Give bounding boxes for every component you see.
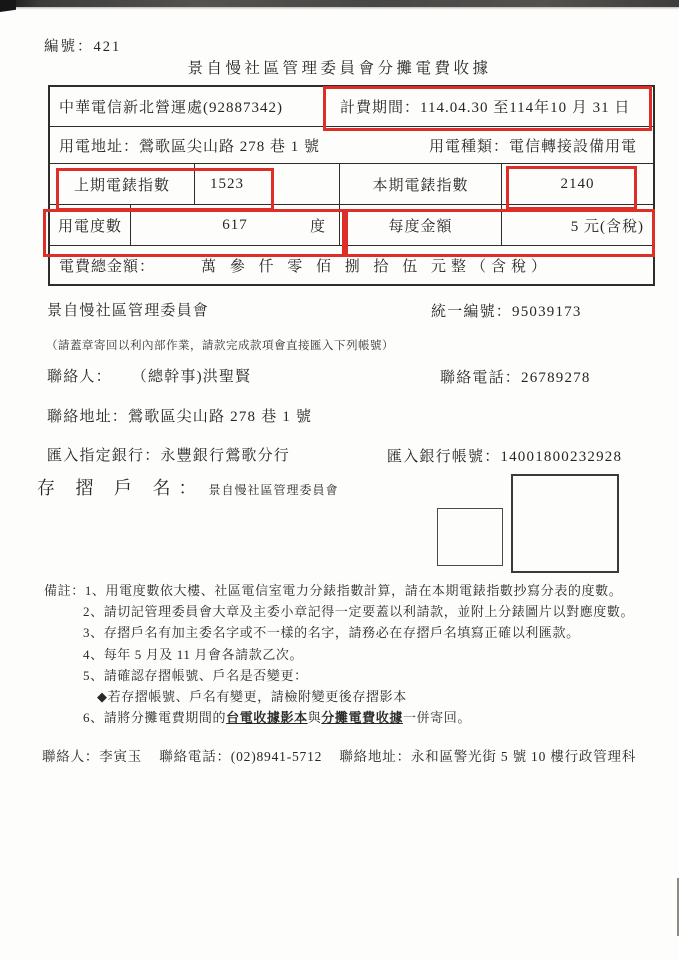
footer-contact: 聯絡人：李寅玉	[42, 749, 142, 764]
payee-name: 景自慢社區管理委員會	[47, 299, 209, 320]
note-item-6-suffix: 一併寄回。	[403, 710, 471, 725]
note-item-6-mid: 與	[308, 710, 322, 725]
stamp-box-small	[437, 508, 503, 566]
stamp-instruction-note: （請蓋章寄回以利內部作業，請款完成款項會直接匯入下列帳號）	[46, 337, 394, 353]
note-item-2: 2、請切記管理委員會大章及主委小章記得一定要蓋以利請款，並附上分錶圖片以對應度數…	[44, 601, 656, 622]
contact-address: 聯絡地址：鶯歌區尖山路 278 巷 1 號	[47, 405, 312, 426]
note-item-1: 1、用電度數依大樓、社區電信室電力分錶指數計算，請在本期電錶指數抄寫分表的度數。	[85, 583, 623, 598]
prev-meter-value: 1523	[194, 164, 339, 204]
notes-section: 備註：1、用電度數依大樓、社區電信室電力分錶指數計算，請在本期電錶指數抄寫分表的…	[44, 580, 656, 728]
total-amount-label: 電費總金額：	[59, 255, 155, 276]
contact-person-label: 聯絡人：	[47, 369, 112, 385]
bank-name: 匯入指定銀行：永豐銀行鶯歌分行	[47, 444, 290, 465]
note-item-5-sub: ◆若存摺帳號、戶名有變更，請檢附變更後存摺影本	[44, 686, 656, 707]
footer-address: 聯絡地址：永和區警光街 5 號 10 樓行政管理科	[339, 749, 636, 764]
scan-artifact-corner	[0, 0, 16, 12]
passbook-holder-label: 存 摺 戶 名：	[37, 478, 205, 498]
bank-account-number: 匯入銀行帳號：14001800232928	[387, 445, 622, 466]
contact-person-line: 聯絡人： （總幹事)洪聖賢	[47, 365, 251, 386]
note-item-5: 5、請確認存摺帳號、戶名是否變更：	[44, 665, 656, 686]
table-row-total: 電費總金額： 萬 參 仟 零 佰 捌 拾 伍 元整（含稅）	[50, 246, 653, 284]
rate-value: 5 元(含稅)	[501, 205, 653, 245]
note-item-4: 4、每年 5 月及 11 月會各請款乙次。	[44, 644, 656, 665]
footer-contact-line: 聯絡人：李寅玉 聯絡電話：(02)8941-5712 聯絡地址：永和區警光街 5…	[42, 745, 636, 765]
usage-value-cell: 617 度	[130, 205, 339, 245]
usage-label: 用電度數	[50, 205, 130, 245]
notes-label: 備註：	[44, 583, 85, 598]
service-address: 用電地址：鶯歌區尖山路 278 巷 1 號	[50, 127, 429, 163]
doc-number: 編號：421	[44, 35, 121, 56]
note-item-6: 6、請將分攤電費期間的台電收據影本與分攤電費收據一併寄回。	[44, 707, 656, 728]
footer-phone: 聯絡電話：(02)8941-5712	[159, 749, 322, 764]
table-row-usage-rate: 用電度數 617 度 每度金額 5 元(含稅)	[50, 205, 653, 246]
note-item-6-emphasis-1: 台電收據影本	[226, 710, 308, 725]
contact-phone: 聯絡電話：26789278	[440, 366, 591, 387]
usage-type: 用電種類：電信轉接設備用電	[429, 127, 653, 163]
usage-unit: 度	[310, 215, 326, 236]
note-item-1-line: 備註：1、用電度數依大樓、社區電信室電力分錶指數計算，請在本期電錶指數抄寫分表的…	[44, 580, 656, 601]
curr-meter-label: 本期電錶指數	[339, 164, 501, 204]
note-item-6-emphasis-2: 分攤電費收據	[321, 710, 403, 725]
scan-artifact-top-bar	[0, 0, 679, 7]
passbook-holder-value: 景自慢社區管理委員會	[209, 483, 339, 497]
table-row-provider: 中華電信新北營運處(92887342) 計費期間：114.04.30 至114年…	[50, 87, 653, 127]
prev-meter-label: 上期電錶指數	[50, 164, 194, 204]
tax-id: 統一編號：95039173	[431, 300, 582, 321]
note-item-3: 3、存摺戶名有加主委名字或不一樣的名字，請務必在存摺戶名填寫正確以利匯款。	[44, 622, 656, 643]
billing-period: 計費期間：114.04.30 至114年10 月 31 日	[327, 87, 653, 126]
table-row-address: 用電地址：鶯歌區尖山路 278 巷 1 號 用電種類：電信轉接設備用電	[50, 127, 653, 164]
table-row-meter-readings: 上期電錶指數 1523 本期電錶指數 2140	[50, 164, 653, 205]
provider-name: 中華電信新北營運處(92887342)	[50, 87, 327, 126]
contact-person-value: （總幹事)洪聖賢	[132, 369, 252, 385]
usage-value: 617	[222, 217, 248, 234]
passbook-holder-line: 存 摺 戶 名： 景自慢社區管理委員會	[37, 474, 339, 500]
stamp-box-large	[511, 474, 619, 573]
note-item-6-prefix: 6、請將分攤電費期間的	[83, 710, 226, 725]
total-amount-cell: 電費總金額： 萬 參 仟 零 佰 捌 拾 伍 元整（含稅）	[50, 246, 653, 284]
rate-label: 每度金額	[339, 205, 501, 245]
curr-meter-value: 2140	[501, 164, 653, 204]
total-amount-value: 萬 參 仟 零 佰 捌 拾 伍 元整（含稅）	[201, 255, 551, 276]
billing-table: 中華電信新北營運處(92887342) 計費期間：114.04.30 至114年…	[48, 85, 655, 286]
scanned-receipt-page: { "colors": { "highlight_red": "#dd2f28"…	[0, 0, 679, 960]
page-title: 景自慢社區管理委員會分攤電費收據	[0, 56, 679, 78]
